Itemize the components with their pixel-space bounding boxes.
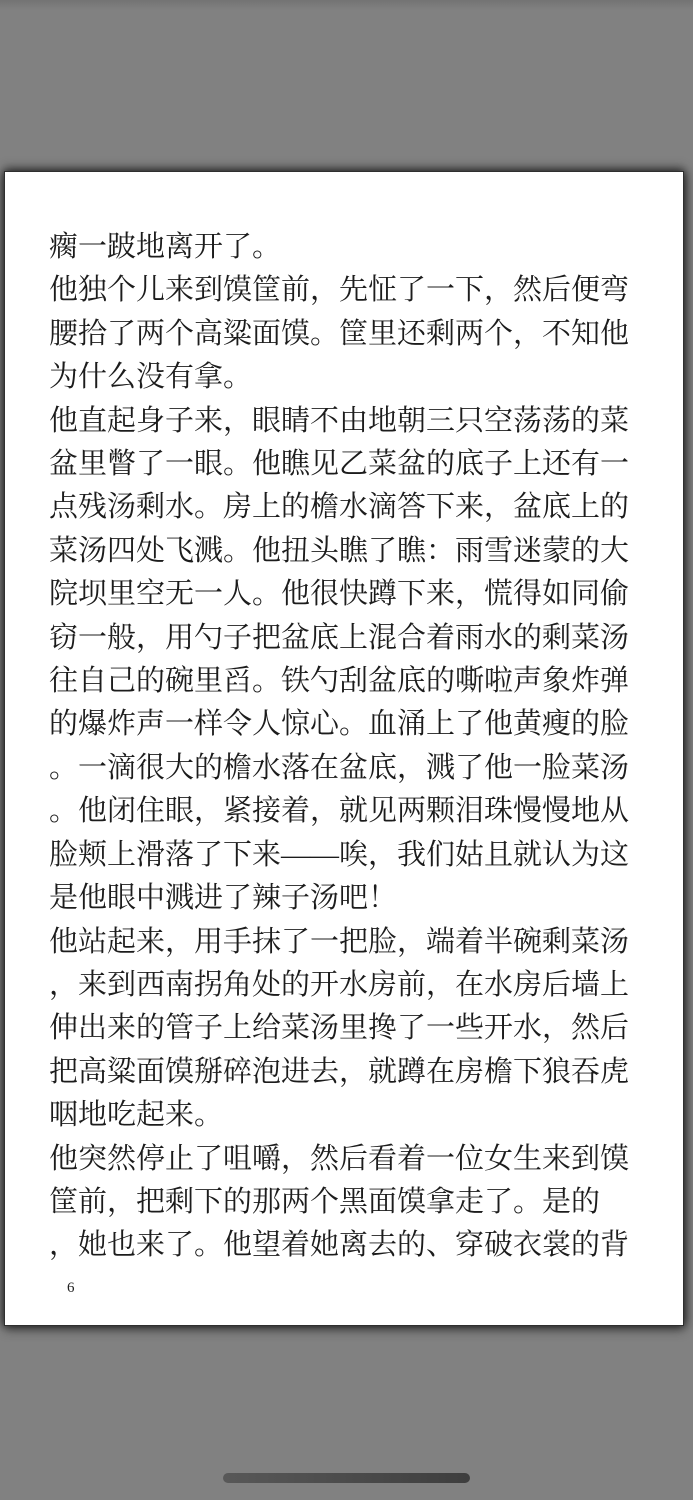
text-line: 为什么没有拿。	[49, 356, 649, 399]
text-line: 腰拾了两个高粱面馍。筐里还剩两个，不知他	[49, 313, 649, 356]
text-line: 菜汤四处飞溅。他扭头瞧了瞧：雨雪迷蒙的大	[49, 530, 649, 573]
text-line: 盆里瞥了一眼。他瞧见乙菜盆的底子上还有一	[49, 443, 649, 486]
text-line: 他独个儿来到馍筐前，先怔了一下，然后便弯	[49, 269, 649, 312]
text-line: 的爆炸声一样令人惊心。血涌上了他黄瘦的脸	[49, 703, 649, 746]
book-page[interactable]: 瘸一跛地离开了。他独个儿来到馍筐前，先怔了一下，然后便弯腰拾了两个高粱面馍。筐里…	[4, 171, 684, 1326]
reader-screen: 瘸一跛地离开了。他独个儿来到馍筐前，先怔了一下，然后便弯腰拾了两个高粱面馍。筐里…	[0, 0, 693, 1500]
page-lines: 瘸一跛地离开了。他独个儿来到馍筐前，先怔了一下，然后便弯腰拾了两个高粱面馍。筐里…	[49, 226, 649, 1268]
text-line: 筐前，把剩下的那两个黑面馍拿走了。是的	[49, 1181, 649, 1224]
text-line: ，她也来了。他望着她离去的、穿破衣裳的背	[49, 1224, 649, 1267]
page-number: 6	[67, 1280, 75, 1296]
text-line: 瘸一跛地离开了。	[49, 226, 649, 269]
text-line: 点残汤剩水。房上的檐水滴答下来，盆底上的	[49, 486, 649, 529]
text-line: 。他闭住眼，紧接着，就见两颗泪珠慢慢地从	[49, 790, 649, 833]
text-line: 咽地吃起来。	[49, 1094, 649, 1137]
text-line: 。一滴很大的檐水落在盆底，溅了他一脸菜汤	[49, 747, 649, 790]
home-indicator-bar[interactable]	[223, 1473, 470, 1483]
text-line: 脸颊上滑落了下来——唉，我们姑且就认为这	[49, 834, 649, 877]
text-line: 窃一般，用勺子把盆底上混合着雨水的剩菜汤	[49, 617, 649, 660]
text-line: ，来到西南拐角处的开水房前，在水房后墙上	[49, 964, 649, 1007]
text-line: 是他眼中溅进了辣子汤吧！	[49, 877, 649, 920]
text-line: 伸出来的管子上给菜汤里搀了一些开水，然后	[49, 1007, 649, 1050]
text-line: 他站起来，用手抹了一把脸，端着半碗剩菜汤	[49, 921, 649, 964]
text-line: 把高粱面馍掰碎泡进去，就蹲在房檐下狼吞虎	[49, 1051, 649, 1094]
text-line: 往自己的碗里舀。铁勺刮盆底的嘶啦声象炸弹	[49, 660, 649, 703]
text-line: 他突然停止了咀嚼，然后看着一位女生来到馍	[49, 1138, 649, 1181]
text-line: 院坝里空无一人。他很快蹲下来，慌得如同偷	[49, 573, 649, 616]
text-line: 他直起身子来，眼睛不由地朝三只空荡荡的菜	[49, 400, 649, 443]
